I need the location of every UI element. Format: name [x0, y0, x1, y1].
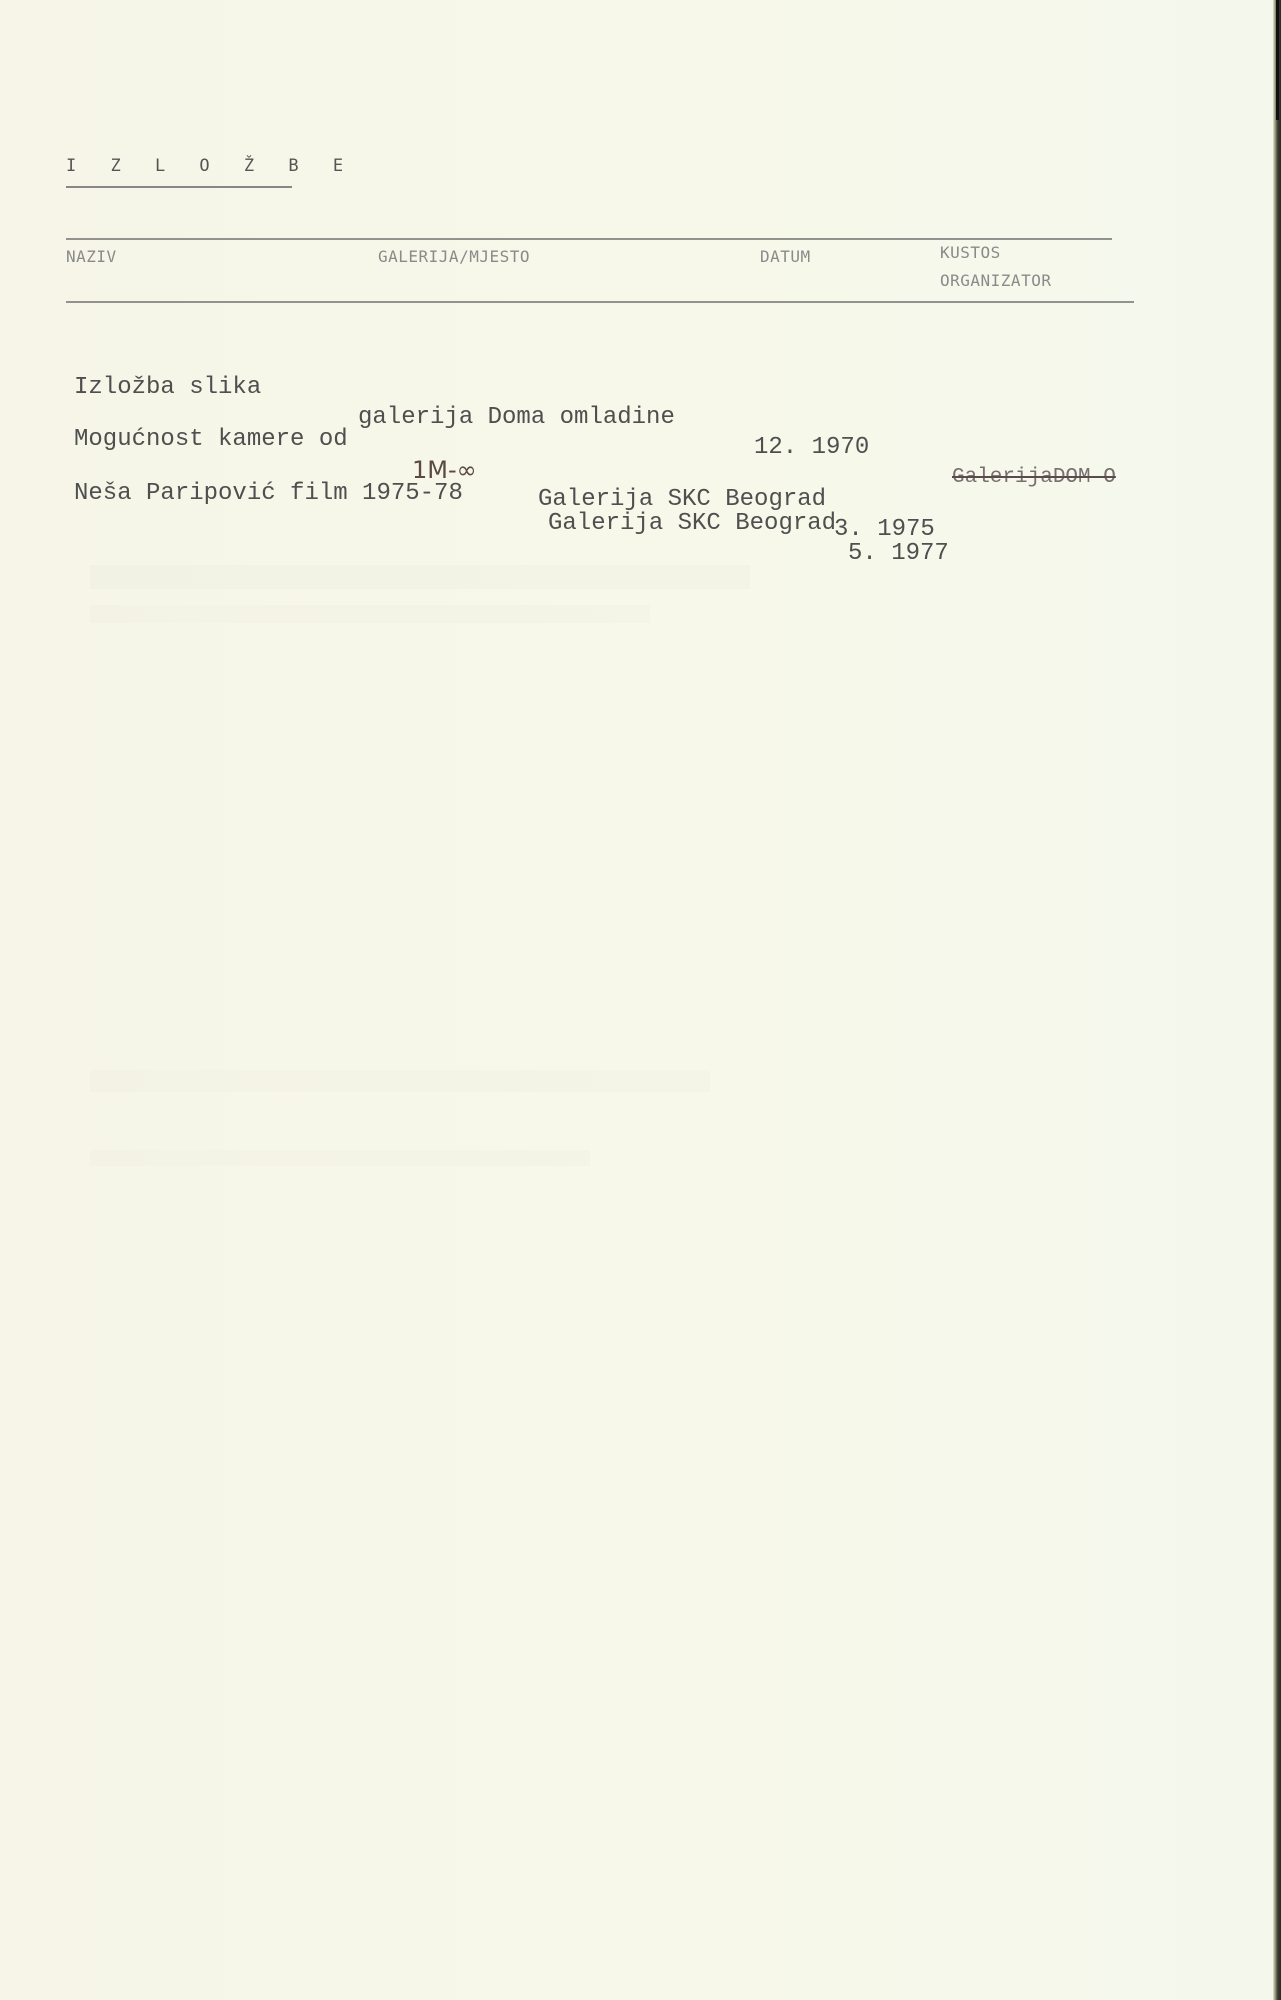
- cell-naziv: Neša Paripović film 1975-78: [74, 479, 463, 509]
- show-through-mark: [90, 1070, 710, 1092]
- show-through-mark: [90, 565, 750, 589]
- page-edge-shadow: [1273, 0, 1281, 2000]
- title-underline: [66, 186, 292, 188]
- page-title: I Z L O Ž B E: [66, 156, 355, 176]
- cell-naziv: Mogućnost kamere od: [74, 425, 348, 455]
- table-row: Neša Paripović film 1975-78 Galerija SKC…: [74, 449, 103, 569]
- header-bottom-rule: [66, 301, 1134, 303]
- show-through-mark: [90, 1150, 590, 1166]
- column-header-kustos: KUSTOS: [940, 240, 1001, 266]
- cell-datum: 5. 1977: [848, 539, 949, 569]
- column-header-datum: DATUM: [760, 244, 811, 270]
- show-through-mark: [90, 605, 650, 623]
- cell-datum: 12. 1970: [754, 433, 869, 463]
- column-header-organizator: ORGANIZATOR: [940, 268, 1051, 294]
- cell-galerija: Galerija SKC Beograd: [548, 509, 836, 539]
- column-header-naziv: NAZIV: [66, 244, 117, 270]
- cell-kustos-struck: GalerijaDOM O: [952, 463, 1116, 493]
- cell-galerija: galerija Doma omladine: [358, 403, 675, 433]
- column-header-galerija: GALERIJA/MJESTO: [378, 244, 530, 270]
